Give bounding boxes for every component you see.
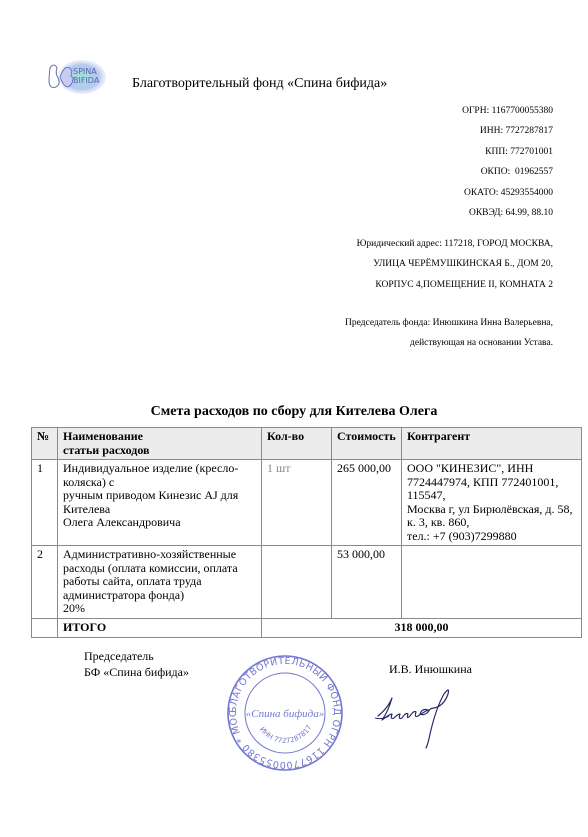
cell-quantity: 1 шт xyxy=(262,460,332,546)
requisite-okved: ОКВЭД: 64.99, 88.10 xyxy=(462,203,553,223)
cell-number: 2 xyxy=(32,546,58,619)
requisite-inn: ИНН: 7727287817 xyxy=(462,121,553,141)
header-contractor: Контрагент xyxy=(402,428,582,460)
organization-stamp: БЛАГОТВОРИТЕЛЬНЫЙ ФОНД ОГРН 116770005538… xyxy=(226,654,344,772)
cell-empty xyxy=(32,618,58,637)
header-cost: Стоимость xyxy=(332,428,402,460)
svg-text:«Спина бифида»: «Спина бифида» xyxy=(246,708,324,720)
chairman-block: Председатель фонда: Инюшкина Инна Валерь… xyxy=(345,313,553,354)
chairman-line: Председатель фонда: Инюшкина Инна Валерь… xyxy=(345,313,553,333)
position-line: БФ «Спина бифида» xyxy=(84,664,189,680)
svg-text:ИНН 7727287817: ИНН 7727287817 xyxy=(258,724,313,745)
requisite-ogrn: ОГРН: 1167700055380 xyxy=(462,101,553,121)
cell-contractor xyxy=(402,546,582,619)
estimate-table: № Наименование статьи расходов Кол-во Ст… xyxy=(31,427,582,638)
header-number: № xyxy=(32,428,58,460)
table-row: 1 Индивидуальное изделие (кресло-коляска… xyxy=(32,460,582,546)
svg-text:SPINA: SPINA xyxy=(73,67,97,76)
header-item-name: Наименование статьи расходов xyxy=(58,428,262,460)
cell-number: 1 xyxy=(32,460,58,546)
table-header-row: № Наименование статьи расходов Кол-во Ст… xyxy=(32,428,582,460)
requisites-block: ОГРН: 1167700055380 ИНН: 7727287817 КПП:… xyxy=(462,101,553,223)
organization-name: Благотворительный фонд «Спина бифида» xyxy=(132,76,387,92)
cell-item-name: Административно-хозяйственные расходы (о… xyxy=(58,546,262,619)
table-row: 2 Административно-хозяйственные расходы … xyxy=(32,546,582,619)
cell-quantity xyxy=(262,546,332,619)
document-title: Смета расходов по сбору для Кителева Оле… xyxy=(0,404,588,420)
spina-bifida-logo: SPINA BIFIDA xyxy=(44,58,106,96)
position-line: Председатель xyxy=(84,648,189,664)
handwritten-signature xyxy=(374,686,479,756)
legal-address-block: Юридический адрес: 117218, ГОРОД МОСКВА,… xyxy=(357,234,553,295)
requisite-okpo: ОКПО: 01962557 xyxy=(462,162,553,182)
cell-contractor: ООО "КИНЕЗИС", ИНН 7724447974, КПП 77240… xyxy=(402,460,582,546)
chairman-line: действующая на основании Устава. xyxy=(345,333,553,353)
cell-cost: 53 000,00 xyxy=(332,546,402,619)
requisite-okato: ОКАТО: 45293554000 xyxy=(462,183,553,203)
total-value: 318 000,00 xyxy=(262,618,582,637)
cell-cost: 265 000,00 xyxy=(332,460,402,546)
svg-text:BIFIDA: BIFIDA xyxy=(73,76,100,85)
total-label: ИТОГО xyxy=(58,618,262,637)
cell-item-name: Индивидуальное изделие (кресло-коляска) … xyxy=(58,460,262,546)
address-line: УЛИЦА ЧЕРЁМУШКИНСКАЯ Б., ДОМ 20, xyxy=(357,254,553,274)
header-quantity: Кол-во xyxy=(262,428,332,460)
total-row: ИТОГО 318 000,00 xyxy=(32,618,582,637)
signer-name: И.В. Инюшкина xyxy=(389,662,472,677)
signer-position: Председатель БФ «Спина бифида» xyxy=(84,648,189,680)
address-line: КОРПУС 4,ПОМЕЩЕНИЕ II, КОМНАТА 2 xyxy=(357,275,553,295)
address-line: Юридический адрес: 117218, ГОРОД МОСКВА, xyxy=(357,234,553,254)
requisite-kpp: КПП: 772701001 xyxy=(462,142,553,162)
